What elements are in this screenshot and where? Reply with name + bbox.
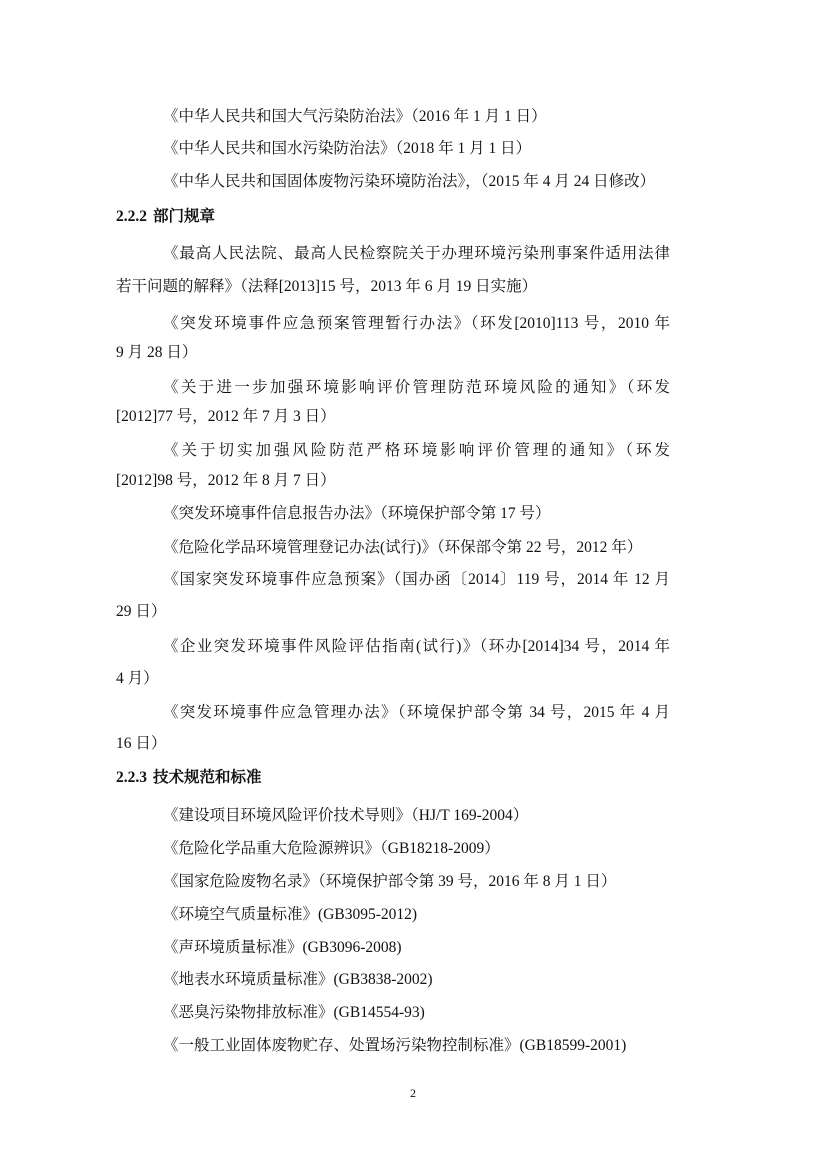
- regulation-item: 《突发环境事件应急管理办法》（环境保护部令第 34 号，2015 年 4 月: [163, 703, 670, 723]
- standard-item: 《环境空气质量标准》(GB3095-2012): [163, 905, 670, 925]
- regulation-item-cont: 若干问题的解释》（法释[2013]15 号，2013 年 6 月 19 日实施）: [116, 277, 670, 297]
- regulation-item: 《关于进一步加强环境影响评价管理防范环境风险的通知》（环发: [163, 378, 670, 398]
- section-number: 2.2.2: [116, 208, 147, 225]
- section-title: 部门规章: [153, 208, 215, 225]
- section-title: 技术规范和标准: [153, 769, 262, 786]
- regulation-item: 《国家突发环境事件应急预案》（国办函〔2014〕119 号，2014 年 12 …: [163, 570, 670, 590]
- standard-item: 《声环境质量标准》(GB3096-2008): [163, 938, 670, 958]
- regulation-item-cont: 9 月 28 日）: [116, 343, 670, 363]
- regulation-item: 《危险化学品环境管理登记办法(试行)》（环保部令第 22 号，2012 年）: [163, 538, 670, 558]
- regulation-item: 《企业突发环境事件风险评估指南(试行)》（环办[2014]34 号，2014 年: [163, 637, 670, 657]
- regulation-item: 《突发环境事件信息报告办法》（环境保护部令第 17 号）: [163, 504, 670, 524]
- page-number: 2: [0, 1086, 826, 1101]
- standard-item: 《危险化学品重大危险源辨识》（GB18218-2009）: [163, 839, 670, 859]
- standard-item: 《国家危险废物名录》（环境保护部令第 39 号，2016 年 8 月 1 日）: [163, 872, 670, 892]
- regulation-item-cont: [2012]98 号，2012 年 8 月 7 日）: [116, 471, 670, 491]
- regulation-item-cont: 16 日）: [116, 734, 670, 754]
- regulation-item: 《关于切实加强风险防范严格环境影响评价管理的通知》（环发: [163, 441, 670, 461]
- standard-item: 《恶臭污染物排放标准》(GB14554-93): [163, 1003, 670, 1023]
- regulation-item-cont: 29 日）: [116, 602, 670, 622]
- section-heading-2-2-3: 2.2.3技术规范和标准: [116, 768, 262, 788]
- standard-item: 《地表水环境质量标准》(GB3838-2002): [163, 970, 670, 990]
- regulation-item: 《突发环境事件应急预案管理暂行办法》（环发[2010]113 号，2010 年: [163, 314, 670, 334]
- standard-item: 《建设项目环境风险评价技术导则》（HJ/T 169-2004）: [163, 806, 670, 826]
- section-number: 2.2.3: [116, 769, 147, 786]
- law-item: 《中华人民共和国大气污染防治法》（2016 年 1 月 1 日）: [163, 107, 670, 127]
- document-page: 《中华人民共和国大气污染防治法》（2016 年 1 月 1 日） 《中华人民共和…: [0, 0, 826, 1169]
- regulation-item-cont: [2012]77 号，2012 年 7 月 3 日）: [116, 407, 670, 427]
- regulation-item-cont: 4 月）: [116, 669, 670, 689]
- regulation-item: 《最高人民法院、最高人民检察院关于办理环境污染刑事案件适用法律: [163, 244, 670, 264]
- section-heading-2-2-2: 2.2.2部门规章: [116, 207, 215, 227]
- standard-item: 《一般工业固体废物贮存、处置场污染物控制标准》(GB18599-2001): [163, 1036, 670, 1056]
- law-item: 《中华人民共和国固体废物污染环境防治法》，（2015 年 4 月 24 日修改）: [163, 172, 670, 192]
- law-item: 《中华人民共和国水污染防治法》（2018 年 1 月 1 日）: [163, 139, 670, 159]
